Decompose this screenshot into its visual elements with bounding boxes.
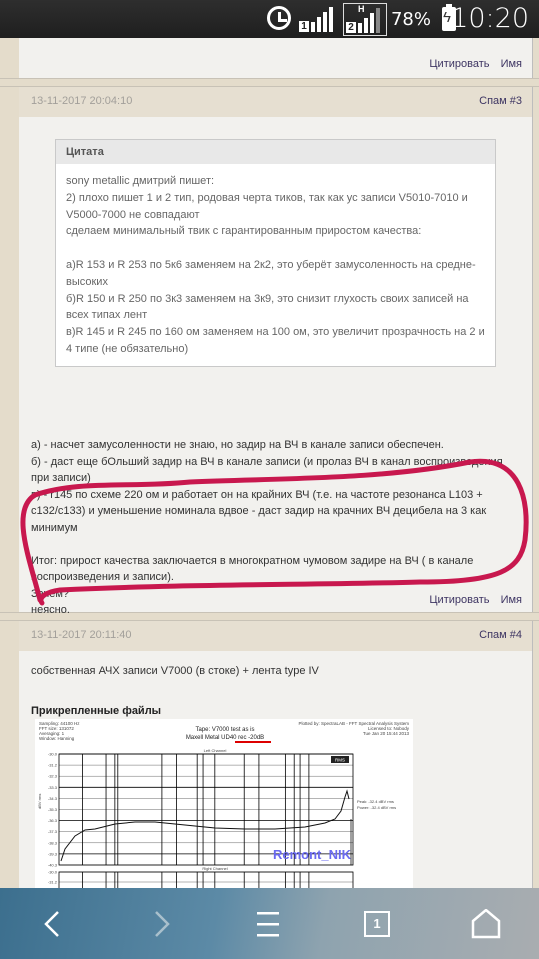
quote-body: sony metallic дмитрий пишет:2) плохо пиш… (56, 164, 495, 366)
svg-text:-34.3: -34.3 (48, 796, 58, 801)
reply-line: в) - r145 по схеме 220 ом и работает он … (31, 487, 523, 537)
svg-text:-40.3: -40.3 (48, 863, 58, 868)
network-type: H (358, 4, 365, 14)
reply-line: Итог: прирост качества заключается в мно… (31, 553, 523, 586)
post-header: 13-11-2017 20:11:40 Спам #4 (19, 621, 532, 651)
svg-text:Tue Jan 20 15:44 2013: Tue Jan 20 15:44 2013 (363, 731, 410, 736)
svg-text:Remont_NIK: Remont_NIK (273, 847, 352, 862)
attachment-image[interactable]: Sampling: 44100 HzFFT size: 131072Averag… (35, 719, 413, 899)
svg-text:dBV rms: dBV rms (37, 794, 42, 809)
browser-nav-bar: 1 (0, 888, 539, 959)
reply-line: б) - даст еще бОльший задир на ВЧ в кана… (31, 454, 523, 487)
reply-line (31, 536, 523, 553)
quote-link[interactable]: Цитировать (429, 58, 489, 70)
svg-text:-35.3: -35.3 (48, 807, 58, 812)
home-button[interactable] (456, 888, 516, 959)
svg-text:-30.0: -30.0 (48, 752, 58, 757)
svg-text:-39.3: -39.3 (48, 851, 58, 856)
svg-text:-32.3: -32.3 (48, 774, 58, 779)
svg-text:Left Channel: Left Channel (204, 748, 227, 753)
post-separator (0, 78, 539, 87)
quote-link[interactable]: Цитировать (429, 594, 489, 606)
post-actions: Цитировать Имя (421, 594, 522, 606)
svg-text:Power: -32.4 dBV rms: Power: -32.4 dBV rms (357, 805, 396, 810)
sim2-label: 2 (346, 22, 356, 33)
svg-text:Maxell Metal UD40 rec -20dB: Maxell Metal UD40 rec -20dB (186, 735, 264, 741)
status-bar: 1 H 2 78% ϟ 10:20 (0, 0, 539, 38)
svg-text:-30.0: -30.0 (48, 870, 58, 875)
quote-line: а)R 153 и R 253 по 5к6 заменяем на 2к2, … (66, 257, 485, 291)
spam-link[interactable]: Спам #3 (479, 95, 522, 107)
svg-text:Window: Hanning: Window: Hanning (39, 736, 75, 741)
post-text: собственная АЧХ записи V7000 (в стоке) +… (31, 663, 319, 680)
tabs-count: 1 (364, 911, 390, 937)
svg-text:RMS: RMS (335, 758, 345, 763)
svg-text:-38.3: -38.3 (48, 840, 58, 845)
name-link[interactable]: Имя (501, 58, 522, 70)
sim1-label: 1 (299, 21, 309, 32)
spam-link[interactable]: Спам #4 (479, 629, 522, 641)
svg-text:-36.3: -36.3 (48, 818, 58, 823)
post-body: а) - насчет замусоленности не знаю, но з… (31, 437, 523, 619)
quote-block: Цитата sony metallic дмитрий пишет:2) пл… (55, 139, 496, 367)
signal-sim1-icon: 1 (299, 6, 339, 32)
svg-text:Right Channel: Right Channel (202, 866, 227, 871)
post-date: 13-11-2017 20:04:10 (31, 95, 132, 107)
signal-sim2-icon: H 2 (343, 3, 387, 36)
battery-percent: 78% (391, 9, 431, 30)
svg-text:-31.2: -31.2 (48, 880, 58, 885)
attachments-title: Прикрепленные файлы (31, 705, 161, 717)
post-previous: Цитировать Имя (19, 38, 533, 78)
alarm-icon (267, 6, 291, 30)
quote-title: Цитата (56, 140, 495, 164)
hamburger-icon (257, 910, 281, 938)
quote-line: в)R 145 и R 245 по 160 ом заменяем на 10… (66, 324, 485, 358)
menu-button[interactable] (239, 888, 299, 959)
home-icon (471, 909, 501, 939)
frequency-response-chart: Sampling: 44100 HzFFT size: 131072Averag… (35, 719, 413, 899)
back-button[interactable] (22, 888, 82, 959)
reply-line: а) - насчет замусоленности не знаю, но з… (31, 437, 523, 454)
svg-text:-33.3: -33.3 (48, 785, 58, 790)
svg-text:Peak: -32.4 dBV rms: Peak: -32.4 dBV rms (357, 799, 394, 804)
name-link[interactable]: Имя (501, 594, 522, 606)
svg-text:-37.3: -37.3 (48, 829, 58, 834)
forum-page: Цитировать Имя 13-11-2017 20:04:10 Спам … (0, 38, 539, 951)
post-header: 13-11-2017 20:04:10 Спам #3 (19, 87, 532, 117)
quote-line: б)R 150 и R 250 по 3к3 заменяем на 3к9, … (66, 291, 485, 325)
quote-line: sony metallic дмитрий пишет: (66, 173, 485, 190)
quote-line (66, 240, 485, 257)
chevron-left-icon (42, 909, 62, 939)
post-3: 13-11-2017 20:04:10 Спам #3 Цитата sony … (19, 87, 533, 612)
quote-line: сделаем минимальный твик с гарантированн… (66, 223, 485, 240)
quote-line: 2) плохо пишет 1 и 2 тип, родовая черта … (66, 190, 485, 224)
svg-text:-31.2: -31.2 (48, 763, 58, 768)
post-date: 13-11-2017 20:11:40 (31, 629, 132, 641)
svg-text:Tape: V7000 test as is: Tape: V7000 test as is (195, 727, 254, 733)
forward-button[interactable] (132, 888, 192, 959)
chevron-right-icon (152, 909, 172, 939)
clock: 10:20 (451, 3, 529, 34)
post-actions: Цитировать Имя (421, 58, 522, 70)
tabs-button[interactable]: 1 (347, 888, 407, 959)
